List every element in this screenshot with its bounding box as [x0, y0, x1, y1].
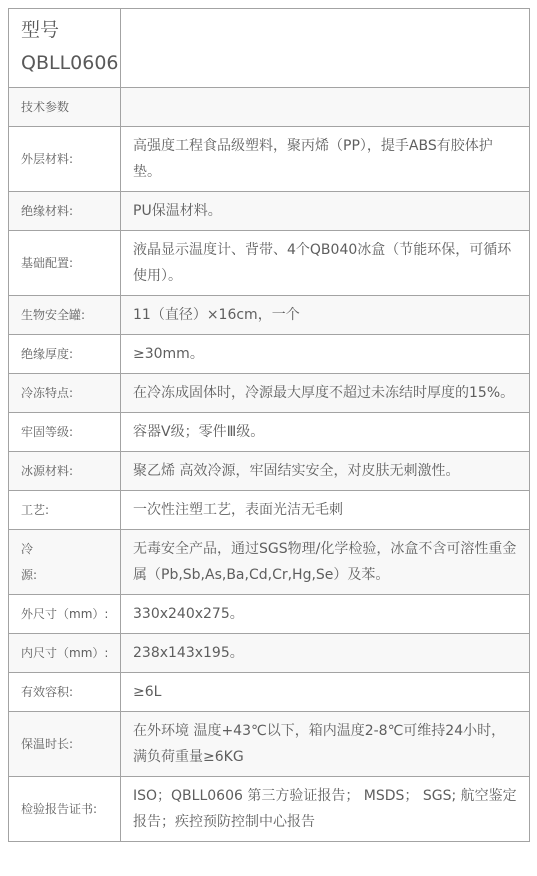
spec-label: 生物安全罐: [9, 296, 121, 335]
spec-value: 在冷冻成固体时，冷源最大厚度不超过未冻结时厚度的15%。 [121, 374, 530, 413]
spec-row: 绝缘厚度:≥30mm。 [9, 335, 530, 374]
spec-label: 冰源材料: [9, 452, 121, 491]
spec-row: 基础配置:液晶显示温度计、背带、4个QB040冰盒（节能环保，可循环使用）。 [9, 231, 530, 296]
spec-label: 绝缘厚度: [9, 335, 121, 374]
spec-row: 牢固等级:容器Ⅴ级；零件Ⅲ级。 [9, 413, 530, 452]
model-row: 型号 QBLL0606 [9, 9, 530, 88]
spec-row: 检验报告证书:ISO；QBLL0606 第三方验证报告； MSDS； SGS; … [9, 777, 530, 842]
spec-label: 保温时长: [9, 712, 121, 777]
spec-label: 冷冻特点: [9, 374, 121, 413]
spec-value: PU保温材料。 [121, 192, 530, 231]
model-value [121, 9, 530, 88]
spec-value: ≥30mm。 [121, 335, 530, 374]
spec-value: 液晶显示温度计、背带、4个QB040冰盒（节能环保，可循环使用）。 [121, 231, 530, 296]
spec-row: 有效容积:≥6L [9, 673, 530, 712]
spec-row: 冰源材料:聚乙烯 高效冷源，牢固结实安全，对皮肤无刺激性。 [9, 452, 530, 491]
spec-value: 330x240x275。 [121, 595, 530, 634]
spec-value: ISO；QBLL0606 第三方验证报告； MSDS； SGS; 航空鉴定报告；… [121, 777, 530, 842]
spec-label: 基础配置: [9, 231, 121, 296]
spec-value: 高强度工程食品级塑料，聚丙烯（PP），提手ABS有胶体护垫。 [121, 127, 530, 192]
spec-label: 有效容积: [9, 673, 121, 712]
spec-label: 牢固等级: [9, 413, 121, 452]
spec-label: 绝缘材料: [9, 192, 121, 231]
spec-row: 工艺:一次性注塑工艺，表面光洁无毛刺 [9, 491, 530, 530]
spec-label: 检验报告证书: [9, 777, 121, 842]
spec-row: 外层材料:高强度工程食品级塑料，聚丙烯（PP），提手ABS有胶体护垫。 [9, 127, 530, 192]
spec-row: 绝缘材料:PU保温材料。 [9, 192, 530, 231]
spec-row: 生物安全罐:11（直径）×16cm，一个 [9, 296, 530, 335]
spec-label: 冷 源: [9, 530, 121, 595]
spec-value: 聚乙烯 高效冷源，牢固结实安全，对皮肤无刺激性。 [121, 452, 530, 491]
spec-value: 在外环境 温度+43℃以下，箱内温度2-8℃可维持24小时，满负荷重量≥6KG [121, 712, 530, 777]
spec-value: 容器Ⅴ级；零件Ⅲ级。 [121, 413, 530, 452]
spec-table: 型号 QBLL0606 技术参数外层材料:高强度工程食品级塑料，聚丙烯（PP），… [8, 8, 530, 842]
spec-row: 保温时长:在外环境 温度+43℃以下，箱内温度2-8℃可维持24小时，满负荷重量… [9, 712, 530, 777]
spec-value: 一次性注塑工艺，表面光洁无毛刺 [121, 491, 530, 530]
spec-value: 11（直径）×16cm，一个 [121, 296, 530, 335]
spec-table-body: 型号 QBLL0606 技术参数外层材料:高强度工程食品级塑料，聚丙烯（PP），… [9, 9, 530, 842]
spec-row: 内尺寸（mm）:238x143x195。 [9, 634, 530, 673]
spec-row: 冷 源:无毒安全产品，通过SGS物理/化学检验，冰盒不含可溶性重金属（Pb,Sb… [9, 530, 530, 595]
spec-value: 238x143x195。 [121, 634, 530, 673]
spec-value [121, 88, 530, 127]
spec-value: 无毒安全产品，通过SGS物理/化学检验，冰盒不含可溶性重金属（Pb,Sb,As,… [121, 530, 530, 595]
product-spec-page: 型号 QBLL0606 技术参数外层材料:高强度工程食品级塑料，聚丙烯（PP），… [0, 0, 537, 876]
spec-row: 冷冻特点:在冷冻成固体时，冷源最大厚度不超过未冻结时厚度的15%。 [9, 374, 530, 413]
spec-label: 外层材料: [9, 127, 121, 192]
spec-row: 外尺寸（mm）:330x240x275。 [9, 595, 530, 634]
spec-value: ≥6L [121, 673, 530, 712]
spec-label: 工艺: [9, 491, 121, 530]
spec-row: 技术参数 [9, 88, 530, 127]
spec-label: 外尺寸（mm）: [9, 595, 121, 634]
model-label: 型号 QBLL0606 [9, 9, 121, 88]
spec-label: 内尺寸（mm）: [9, 634, 121, 673]
spec-label: 技术参数 [9, 88, 121, 127]
